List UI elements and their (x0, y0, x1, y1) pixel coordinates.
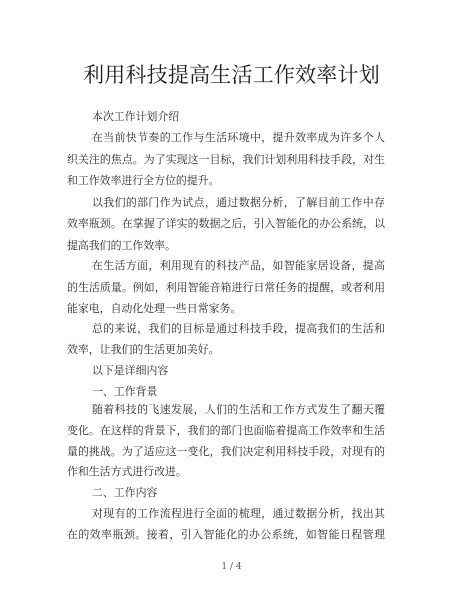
paragraph-line: 的生活质量。例如，利用智能音箱进行日常任务的提醒，或者利用智 (67, 280, 385, 296)
paragraph-line: 能家电，自动化处理一些日常家务。 (67, 301, 241, 317)
section-intro-heading: 本次工作计划介绍 (92, 109, 179, 125)
section-heading-content: 二、工作内容 (92, 485, 157, 501)
paragraph-line: 以我们的部门作为试点，通过数据分析，了解目前工作中存在的 (92, 195, 385, 211)
paragraph-line: 对现有的工作流程进行全面的梳理，通过数据分析，找出其中存 (92, 506, 385, 522)
paragraph-line: 效率瓶颈。在掌握了详实的数据之后，引入智能化的办公系统，以期 (67, 216, 385, 232)
document-page: 利用科技提高生活工作效率计划 本次工作计划介绍 在当前快节奏的工作与生活环境中，… (0, 0, 463, 600)
paragraph-line: 量的挑战。为了适应这一变化，我们决定利用科技手段，对现有的工 (67, 444, 385, 460)
section-heading-background: 一、工作背景 (92, 384, 157, 400)
paragraph-line: 效率，让我们的生活更加美好。 (67, 342, 219, 358)
paragraph-line: 提高我们的工作效率。 (67, 238, 176, 254)
document-title: 利用科技提高生活工作效率计划 (0, 61, 463, 89)
paragraph-line: 随着科技的飞速发展，人们的生活和工作方式发生了翻天覆地的 (92, 402, 385, 418)
paragraph-line: 织关注的焦点。为了实现这一目标，我们计划利用科技手段，对生活 (67, 152, 385, 168)
paragraph-line: 和工作效率进行全方位的提升。 (67, 173, 219, 189)
paragraph-line: 作和生活方式进行改进。 (67, 464, 187, 480)
paragraph-line: 总的来说，我们的目标是通过科技手段，提高我们的生活和工作 (92, 321, 385, 337)
paragraph-line: 在的效率瓶颈。接着，引入智能化的办公系统，如智能日程管理器、 (67, 527, 385, 543)
page-number: 1 / 4 (0, 560, 463, 574)
details-intro-line: 以下是详细内容 (92, 363, 168, 379)
paragraph-line: 在当前快节奏的工作与生活环境中，提升效率成为许多个人与组 (92, 130, 385, 146)
paragraph-line: 变化。在这样的背景下，我们的部门也面临着提高工作效率和生活质 (67, 423, 385, 439)
paragraph-line: 在生活方面，利用现有的科技产品，如智能家居设备，提高我们 (92, 258, 385, 274)
